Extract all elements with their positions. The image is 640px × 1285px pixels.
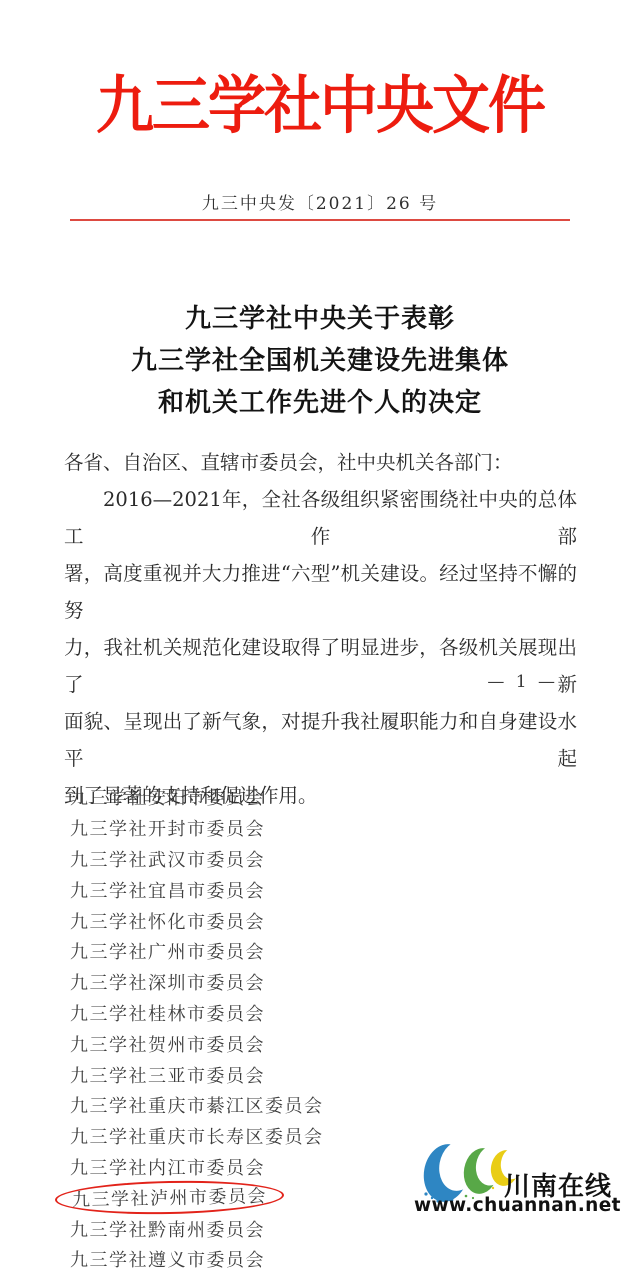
list-item: 九三学社重庆市綦江区委员会 <box>70 1090 324 1121</box>
title-line-3: 和机关工作先进个人的决定 <box>0 382 640 424</box>
list-item: 九三学社深圳市委员会 <box>70 967 324 998</box>
list-item: 九三学社广州市委员会 <box>70 936 324 967</box>
list-item: 九三学社开封市委员会 <box>70 813 324 844</box>
list-item-highlighted: 九三学社泸州市委员会 <box>70 1182 324 1213</box>
body-line: 2016—2021年，全社各级组织紧密围绕社中央的总体工作部 <box>64 481 577 555</box>
list-item: 九三学社贺州市委员会 <box>70 1028 324 1059</box>
red-divider-line <box>70 219 570 221</box>
list-item: 九三学社遵义市委员会 <box>70 1244 324 1275</box>
list-item: 九三学社怀化市委员会 <box>70 905 324 936</box>
document-number: 九三中央发〔2021〕26 号 <box>0 189 640 214</box>
title-line-2: 九三学社全国机关建设先进集体 <box>0 340 640 382</box>
body-line: 署，高度重视并大力推进“六型”机关建设。经过坚持不懈的努 <box>64 555 577 629</box>
document-title: 九三学社中央关于表彰 九三学社全国机关建设先进集体 和机关工作先进个人的决定 <box>0 298 640 424</box>
list-item: 九三学社桂林市委员会 <box>70 998 324 1029</box>
site-watermark: 川南在线 www.chuannan.net <box>408 1136 638 1218</box>
body-line: 面貌、呈现出了新气象，对提升我社履职能力和自身建设水平起 <box>64 703 577 777</box>
award-committee-list: 九三学社安阳市委员会 九三学社开封市委员会 九三学社武汉市委员会 九三学社宜昌市… <box>70 782 324 1275</box>
list-item: 九三学社安阳市委员会 <box>70 782 324 813</box>
list-item: 九三学社黔南州委员会 <box>70 1213 324 1244</box>
list-item: 九三学社三亚市委员会 <box>70 1059 324 1090</box>
list-item: 九三学社宜昌市委员会 <box>70 874 324 905</box>
page-number: — 1 — <box>0 672 640 692</box>
list-item: 九三学社内江市委员会 <box>70 1152 324 1183</box>
list-item: 九三学社武汉市委员会 <box>70 844 324 875</box>
watermark-site-url: www.chuannan.net <box>414 1195 621 1216</box>
document-masthead: 九三学社中央文件 <box>0 55 640 146</box>
highlight-ellipse: 九三学社泸州市委员会 <box>55 1179 285 1217</box>
highlighted-committee: 九三学社泸州市委员会 <box>72 1186 267 1211</box>
title-line-1: 九三学社中央关于表彰 <box>0 298 640 340</box>
salutation-line: 各省、自治区、直辖市委员会，社中央机关各部门： <box>64 444 577 481</box>
list-item: 九三学社重庆市长寿区委员会 <box>70 1121 324 1152</box>
document-page: 九三学社中央文件 九三中央发〔2021〕26 号 九三学社中央关于表彰 九三学社… <box>0 0 640 1285</box>
document-body: 各省、自治区、直辖市委员会，社中央机关各部门： 2016—2021年，全社各级组… <box>64 444 577 814</box>
